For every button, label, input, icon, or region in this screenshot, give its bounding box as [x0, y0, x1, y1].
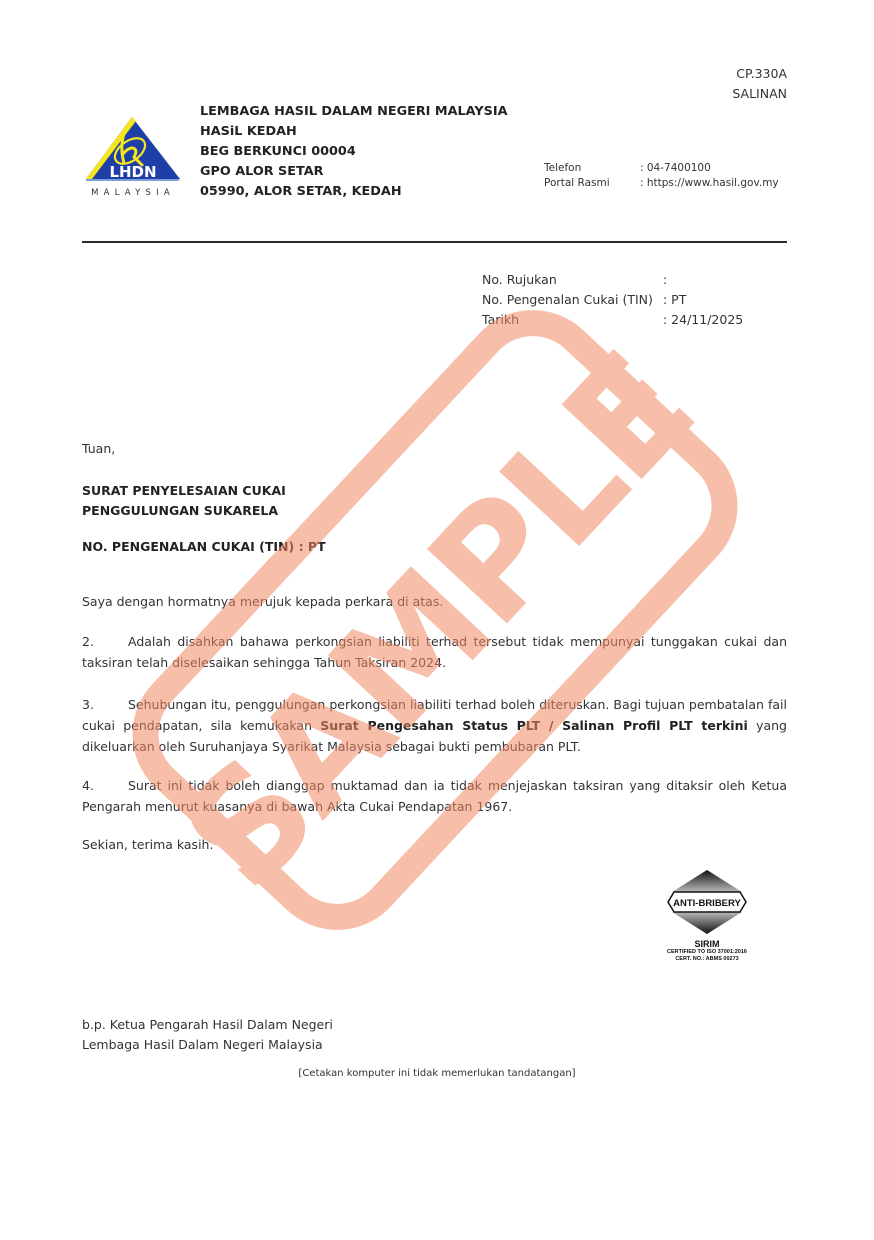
paragraph-text: Surat ini tidak boleh dianggap muktamad …	[82, 778, 787, 814]
reference-row: No. Rujukan :	[482, 270, 743, 290]
cert-standard: CERTIFIED TO ISO 37001:2016	[652, 949, 762, 956]
form-code-block: CP.330A SALINAN	[732, 64, 787, 104]
svg-text:ANTI-BRIBERY: ANTI-BRIBERY	[673, 898, 741, 909]
reference-value: :	[663, 270, 667, 290]
paragraph-number: 3.	[82, 694, 128, 715]
paragraph-4: 4.Surat ini tidak boleh dianggap muktama…	[82, 775, 787, 817]
watermark-text: SAMPLE	[150, 323, 726, 922]
salutation: Tuan,	[82, 441, 115, 456]
svg-text:LHDN: LHDN	[109, 163, 156, 181]
letter-subject: SURAT PENYELESAIAN CUKAI PENGGULUNGAN SU…	[82, 481, 286, 521]
reference-block: No. Rujukan : No. Pengenalan Cukai (TIN)…	[482, 270, 743, 330]
signature-line: b.p. Ketua Pengarah Hasil Dalam Negeri	[82, 1015, 333, 1035]
address-line: GPO ALOR SETAR	[200, 162, 508, 182]
organization-branch: HASiL KEDAH	[200, 122, 508, 142]
subject-line: SURAT PENYELESAIAN CUKAI	[82, 481, 286, 501]
svg-text:MALAYSIA: MALAYSIA	[91, 188, 175, 198]
contact-label: Portal Rasmi	[544, 176, 640, 191]
form-code: CP.330A	[732, 64, 787, 84]
reference-row: Tarikh : 24/11/2025	[482, 310, 743, 330]
paragraph-3: 3.Sehubungan itu, penggulungan perkongsi…	[82, 694, 787, 757]
address-line: 05990, ALOR SETAR, KEDAH	[200, 182, 508, 202]
intro-paragraph: Saya dengan hormatnya merujuk kepada per…	[82, 591, 787, 612]
copy-label: SALINAN	[732, 84, 787, 104]
organization-address: LEMBAGA HASIL DALAM NEGERI MALAYSIA HASi…	[200, 102, 508, 202]
subject-line: PENGGULUNGAN SUKARELA	[82, 501, 286, 521]
anti-bribery-badge-icon: ANTI-BRIBERY	[652, 868, 762, 938]
paragraph-number: 4.	[82, 775, 128, 796]
contact-phone: Telefon : 04-7400100	[544, 161, 779, 176]
cert-issuer: SIRIM	[652, 940, 762, 949]
paragraph-bold-text: Surat Pengesahan Status PLT / Salinan Pr…	[320, 718, 747, 733]
reference-label: No. Pengenalan Cukai (TIN)	[482, 290, 663, 310]
closing-line: Sekian, terima kasih.	[82, 837, 213, 852]
paragraph-text: Adalah disahkan bahawa perkongsian liabi…	[82, 634, 787, 670]
contact-info: Telefon : 04-7400100 Portal Rasmi : http…	[544, 161, 779, 191]
reference-value: : PT	[663, 290, 686, 310]
portal-link[interactable]: : https://www.hasil.gov.my	[640, 176, 779, 191]
signature-line: Lembaga Hasil Dalam Negeri Malaysia	[82, 1035, 333, 1055]
paragraph-number: 2.	[82, 631, 128, 652]
address-line: BEG BERKUNCI 00004	[200, 142, 508, 162]
reference-label: No. Rujukan	[482, 270, 663, 290]
contact-value: : 04-7400100	[640, 161, 711, 176]
footer-note: [Cetakan komputer ini tidak memerlukan t…	[0, 1068, 874, 1079]
lhdn-logo-icon: LHDN MALAYSIA	[82, 115, 184, 200]
reference-label: Tarikh	[482, 310, 663, 330]
reference-row: No. Pengenalan Cukai (TIN) : PT	[482, 290, 743, 310]
contact-portal: Portal Rasmi : https://www.hasil.gov.my	[544, 176, 779, 191]
tin-line: NO. PENGENALAN CUKAI (TIN) : PT	[82, 539, 326, 554]
anti-bribery-certification: ANTI-BRIBERY SIRIM CERTIFIED TO ISO 3700…	[652, 868, 762, 963]
organization-name: LEMBAGA HASIL DALAM NEGERI MALAYSIA	[200, 102, 508, 122]
reference-value: : 24/11/2025	[663, 310, 743, 330]
cert-number: CERT. NO.: ABMS 00273	[652, 956, 762, 963]
paragraph-2: 2.Adalah disahkan bahawa perkongsian lia…	[82, 631, 787, 673]
header-divider	[82, 241, 787, 243]
signature-block: b.p. Ketua Pengarah Hasil Dalam Negeri L…	[82, 1015, 333, 1055]
contact-label: Telefon	[544, 161, 640, 176]
